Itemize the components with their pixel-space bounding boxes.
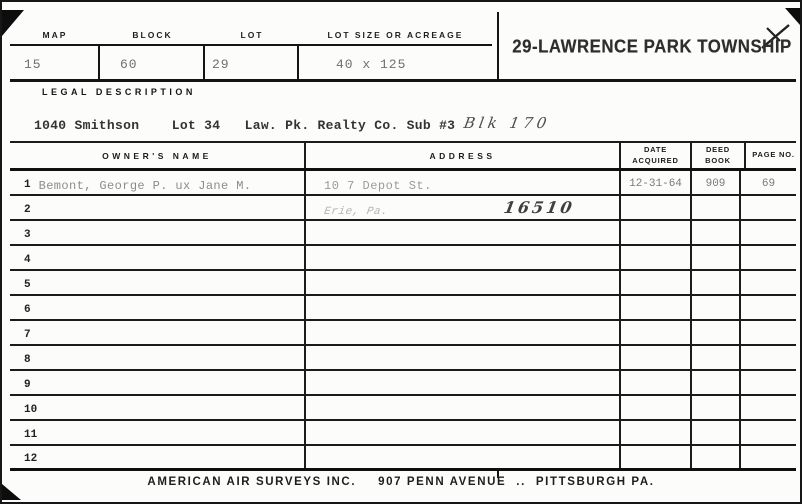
owner-name xyxy=(31,393,39,394)
address-cell: 10 7 Depot St. xyxy=(304,171,619,194)
owner-name-cell: 5 xyxy=(10,271,304,294)
date-acquired-cell xyxy=(619,446,690,468)
date-acquired-cell xyxy=(619,346,690,369)
deed-book xyxy=(692,440,739,444)
address-cell xyxy=(304,221,619,244)
footer-separator: .. xyxy=(516,476,526,488)
lot-size-value: 40 x 125 xyxy=(336,57,406,72)
page-no-cell xyxy=(739,446,796,468)
date-acquired xyxy=(621,215,690,219)
date-acquired-cell xyxy=(619,196,690,219)
date-acquired-cell xyxy=(619,246,690,269)
table-row: 2 Erie, Pa. 16510 xyxy=(10,196,796,221)
page-no xyxy=(741,365,796,369)
owners-table-header: OWNER'S NAME ADDRESS DATE ACQUIRED DEED … xyxy=(10,141,796,171)
row-number: 3 xyxy=(10,229,31,244)
table-row: 5 xyxy=(10,271,796,296)
deed-book-cell: 909 xyxy=(690,171,739,194)
deed-book xyxy=(692,390,739,394)
page-no xyxy=(741,464,796,468)
page-no-column-header: PAGE NO. xyxy=(748,150,800,160)
row-number: 10 xyxy=(10,404,37,419)
page-no-cell xyxy=(739,221,796,244)
date-acquired-cell xyxy=(619,321,690,344)
address: Erie, Pa. xyxy=(305,206,389,219)
owner-name-cell: 11 xyxy=(10,421,304,444)
header-label-underline xyxy=(10,44,492,46)
date-acquired xyxy=(621,390,690,394)
table-row: 6 xyxy=(10,296,796,321)
row-number: 4 xyxy=(10,254,31,269)
address xyxy=(306,268,324,269)
page-no-cell xyxy=(739,296,796,319)
page-no-cell xyxy=(739,421,796,444)
deed-book-column-header: DEED BOOK xyxy=(692,145,744,165)
owner-name xyxy=(31,243,39,244)
owner-name xyxy=(31,268,39,269)
page-no xyxy=(741,215,796,219)
deed-book-cell xyxy=(690,321,739,344)
date-acquired xyxy=(621,415,690,419)
deed-book xyxy=(692,315,739,319)
page-no xyxy=(741,290,796,294)
deed-book-cell xyxy=(690,371,739,394)
header-divider xyxy=(297,46,299,80)
deed-book xyxy=(692,365,739,369)
footer-city: PITTSBURGH PA. xyxy=(536,476,655,488)
address-cell xyxy=(304,271,619,294)
date-acquired xyxy=(621,340,690,344)
owner-name-cell: 10 xyxy=(10,396,304,419)
header-bottom-rule xyxy=(10,79,796,82)
date-acquired-cell xyxy=(619,371,690,394)
page-no xyxy=(741,340,796,344)
address-cell xyxy=(304,321,619,344)
address-cell xyxy=(304,371,619,394)
deed-book-cell xyxy=(690,246,739,269)
owner-name-cell: 2 xyxy=(10,196,304,219)
deed-book xyxy=(692,265,739,269)
legal-description-handwritten: Blk 170 xyxy=(462,114,551,132)
owner-name-cell: 1 Bemont, George P. ux Jane M. xyxy=(10,171,304,194)
address xyxy=(306,443,324,444)
deed-book-cell xyxy=(690,221,739,244)
date-acquired-cell xyxy=(619,296,690,319)
deed-book-cell xyxy=(690,421,739,444)
owner-name xyxy=(31,293,39,294)
header-divider xyxy=(203,46,205,80)
owner-name xyxy=(31,318,39,319)
page-no-cell: 69 xyxy=(739,171,796,194)
owners-rows: 1 Bemont, George P. ux Jane M. 10 7 Depo… xyxy=(10,171,796,471)
address: 10 7 Depot St. xyxy=(306,179,432,194)
address-cell xyxy=(304,396,619,419)
owner-name-cell: 12 xyxy=(10,446,304,468)
footer-street: 907 PENN AVENUE xyxy=(378,476,506,488)
address-cell xyxy=(304,346,619,369)
owner-name-cell: 6 xyxy=(10,296,304,319)
page-no xyxy=(741,390,796,394)
owner-name-cell: 8 xyxy=(10,346,304,369)
row-number: 12 xyxy=(10,453,37,468)
address-cell xyxy=(304,296,619,319)
page-no xyxy=(741,415,796,419)
page-no-cell xyxy=(739,321,796,344)
owner-name xyxy=(31,368,39,369)
block-value: 60 xyxy=(120,57,138,72)
deed-book xyxy=(692,240,739,244)
row-number: 6 xyxy=(10,304,31,319)
deed-book: 909 xyxy=(692,178,739,194)
deed-book-cell xyxy=(690,396,739,419)
owner-name-column-header: OWNER'S NAME xyxy=(102,151,212,161)
owner-name-cell: 4 xyxy=(10,246,304,269)
address-cell xyxy=(304,446,619,468)
row-number: 7 xyxy=(10,329,31,344)
table-row: 7 xyxy=(10,321,796,346)
page-no-cell xyxy=(739,271,796,294)
footer-company: AMERICAN AIR SURVEYS INC. xyxy=(147,476,356,488)
address xyxy=(306,393,324,394)
address xyxy=(306,343,324,344)
date-acquired-column-header: DATE ACQUIRED xyxy=(630,145,682,165)
date-acquired: 12-31-64 xyxy=(621,178,690,194)
lot-size-label: LOT SIZE OR ACREAGE xyxy=(299,30,492,40)
date-acquired xyxy=(621,365,690,369)
page-no xyxy=(741,440,796,444)
deed-book xyxy=(692,415,739,419)
page-no-cell xyxy=(739,371,796,394)
block-label: BLOCK xyxy=(100,30,205,40)
date-acquired xyxy=(621,290,690,294)
page-no: 69 xyxy=(741,178,796,194)
address xyxy=(306,467,324,468)
deed-book-cell xyxy=(690,346,739,369)
table-row: 1 Bemont, George P. ux Jane M. 10 7 Depo… xyxy=(10,171,796,196)
deed-book xyxy=(692,215,739,219)
address-column-header: ADDRESS xyxy=(429,151,495,161)
date-acquired-cell: 12-31-64 xyxy=(619,171,690,194)
township-title: 29-LAWRENCE PARK TOWNSHIP xyxy=(504,37,800,58)
table-row: 9 xyxy=(10,371,796,396)
owner-name: Bemont, George P. ux Jane M. xyxy=(31,179,252,194)
row-number: 5 xyxy=(10,279,31,294)
owner-name-cell: 7 xyxy=(10,321,304,344)
deed-book-cell xyxy=(690,446,739,468)
footer: AMERICAN AIR SURVEYS INC. 907 PENN AVENU… xyxy=(2,476,800,488)
address-cell xyxy=(304,246,619,269)
page-no xyxy=(741,265,796,269)
owner-name xyxy=(31,218,39,219)
address-cell xyxy=(304,421,619,444)
page-no-cell xyxy=(739,246,796,269)
date-acquired-cell xyxy=(619,396,690,419)
page-no xyxy=(741,240,796,244)
owners-table: OWNER'S NAME ADDRESS DATE ACQUIRED DEED … xyxy=(10,141,796,471)
address xyxy=(306,243,324,244)
date-acquired xyxy=(621,315,690,319)
date-acquired xyxy=(621,440,690,444)
owner-name-cell: 9 xyxy=(10,371,304,394)
row-number: 9 xyxy=(10,379,31,394)
legal-description-label: LEGAL DESCRIPTION xyxy=(42,87,196,97)
date-acquired-cell xyxy=(619,221,690,244)
deed-book xyxy=(692,290,739,294)
row-number: 1 xyxy=(10,179,31,194)
row-number: 8 xyxy=(10,354,31,369)
page-no-cell xyxy=(739,196,796,219)
table-row: 4 xyxy=(10,246,796,271)
address xyxy=(306,293,324,294)
date-acquired xyxy=(621,464,690,468)
owner-name-cell: 3 xyxy=(10,221,304,244)
date-acquired-cell xyxy=(619,271,690,294)
date-acquired-cell xyxy=(619,421,690,444)
deed-book xyxy=(692,464,739,468)
page-no-cell xyxy=(739,396,796,419)
table-row: 10 xyxy=(10,396,796,421)
table-row: 8 xyxy=(10,346,796,371)
owner-name xyxy=(37,467,45,468)
page-no xyxy=(741,315,796,319)
page-no-cell xyxy=(739,346,796,369)
township-box-divider xyxy=(497,12,499,80)
header-divider xyxy=(98,46,100,80)
table-row: 11 xyxy=(10,421,796,446)
owner-name xyxy=(37,418,45,419)
table-row: 3 xyxy=(10,221,796,246)
date-acquired xyxy=(621,240,690,244)
map-label: MAP xyxy=(10,30,100,40)
address xyxy=(306,418,324,419)
property-record-card: MAP BLOCK LOT LOT SIZE OR ACREAGE 15 60 … xyxy=(0,0,802,504)
date-acquired xyxy=(621,265,690,269)
deed-book xyxy=(692,340,739,344)
owner-name xyxy=(31,343,39,344)
address xyxy=(306,368,324,369)
deed-book-cell xyxy=(690,271,739,294)
lot-value: 29 xyxy=(212,57,230,72)
address xyxy=(306,318,324,319)
address-cell: Erie, Pa. 16510 xyxy=(304,196,619,219)
owner-name xyxy=(37,443,45,444)
lot-label: LOT xyxy=(205,30,299,40)
row-number: 2 xyxy=(10,204,31,219)
map-value: 15 xyxy=(24,57,42,72)
deed-book-cell xyxy=(690,296,739,319)
row-number: 11 xyxy=(10,429,37,444)
legal-description-text: 1040 Smithson Lot 34 Law. Pk. Realty Co.… xyxy=(34,118,455,133)
address-zip-handwritten: 16510 xyxy=(502,198,576,217)
table-row: 12 xyxy=(10,446,796,471)
deed-book-cell xyxy=(690,196,739,219)
